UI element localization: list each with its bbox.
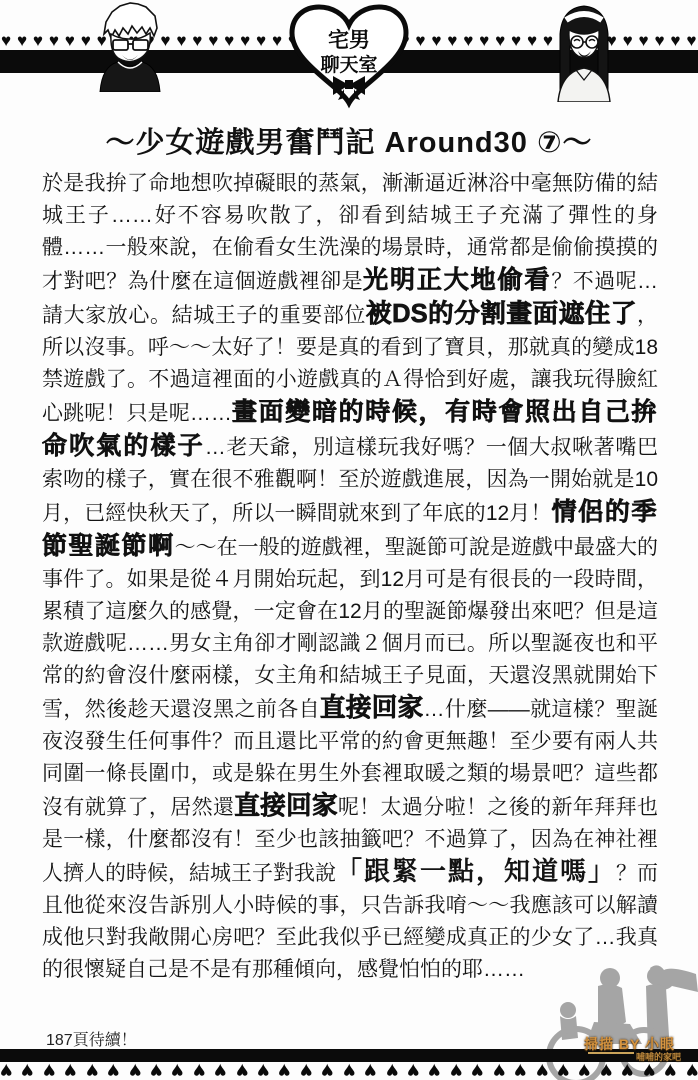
heart-icon: ♥ [49, 31, 59, 51]
child-head [560, 1002, 576, 1018]
badge-title-line2: 聊天室 [320, 53, 377, 76]
heart-icon: ♥ [431, 31, 441, 51]
heart-icon: ♥ [479, 31, 489, 51]
text-segment-serif: 「跟緊一點，知道嗎」 [336, 857, 616, 886]
heart-icon: ♥ [65, 31, 75, 51]
heart-icon: ♥ [654, 31, 664, 51]
text-segment-gothic: 直接回家 [320, 694, 424, 722]
text-segment-gothic: 直接回家 [234, 792, 337, 820]
heart-icon: ♥ [272, 31, 282, 51]
to-be-continued-note: 187頁待續！ [46, 1027, 137, 1050]
rider-body [598, 984, 626, 1027]
heart-icon: ♥ [224, 31, 234, 51]
heart-icon: ♥ [686, 31, 696, 51]
heart-icon: ♥ [208, 31, 218, 51]
badge-title-line1: 宅男 [328, 29, 370, 52]
heart-icon: ♥ [511, 31, 521, 51]
afterword-body-text: 於是我拚了命地想吹掉礙眼的蒸氣，漸漸逼近淋浴中毫無防備的結城王子……好不容易吹散… [42, 168, 658, 986]
boy-glasses-left [113, 40, 128, 50]
heart-icon: ♥ [1, 31, 11, 51]
heart-icon: ♥ [17, 31, 27, 51]
heart-icon: ♥ [192, 31, 202, 51]
heart-icon: ♥ [415, 31, 425, 51]
heart-icon: ♥ [527, 31, 537, 51]
heart-icon: ♥ [463, 31, 473, 51]
heart-icon: ♥ [176, 31, 186, 51]
heart-icon: ♥ [670, 31, 680, 51]
girl-glasses-left [571, 36, 583, 48]
boy-with-glasses-illustration [84, 0, 176, 92]
heart-icon: ♥ [495, 31, 505, 51]
heart-icon: ♥ [240, 31, 250, 51]
manga-column-page: ♥♥♥♥♥♥♥♥♥♥♥♥♥♥♥♥♥♥♥♥♥♥♥♥♥♥♥♥♥♥♥♥♥♥♥♥♥♥♥♥… [0, 0, 698, 1080]
column-title: ～少女遊戲男奮鬥記 Around30 ⑦～ [0, 120, 698, 161]
watermark-underline [588, 1052, 634, 1054]
boy-glasses-right [133, 40, 148, 50]
heart-icon: ♥ [33, 31, 43, 51]
scanner-watermark-line2: 哺哺的家吧 [636, 1050, 681, 1063]
heart-icon: ♥ [256, 31, 266, 51]
text-segment-gothic: 被DS的分割畫面遮住了 [366, 300, 637, 328]
text-segment-pop: 光明正大地偷看 [363, 266, 551, 294]
girl-with-glasses-illustration [538, 0, 630, 102]
girl-glasses-right [586, 36, 598, 48]
standing-girl-head [647, 967, 665, 985]
heart-icon: ♥ [447, 31, 457, 51]
boy-hoodie [100, 62, 160, 92]
otaku-chatroom-heart-badge: 宅男 聊天室 [286, 3, 412, 111]
heart-icon: ♥ [639, 31, 649, 51]
